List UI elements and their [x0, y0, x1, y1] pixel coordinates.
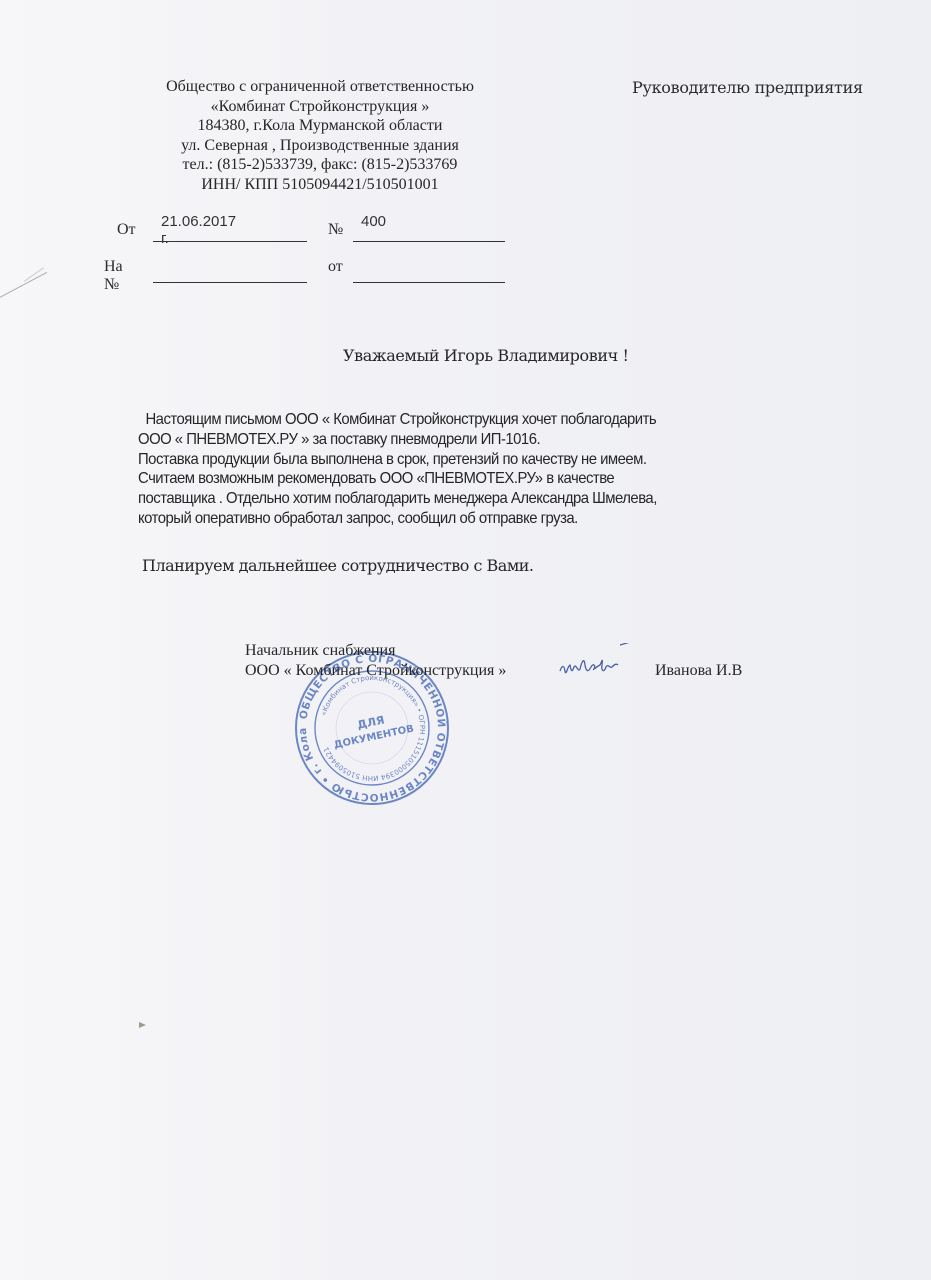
scan-speck	[139, 1022, 146, 1028]
letterhead-address-street: ул. Северная , Производственные здания	[120, 136, 520, 156]
reply-to-number-label: На №	[104, 258, 123, 294]
number-label: №	[328, 221, 343, 239]
body-line: ООО « ПНЕВМОТЕХ.РУ » за поставку пневмод…	[138, 430, 770, 450]
letterhead: Общество с ограниченной ответственностью…	[120, 77, 520, 194]
closing-line: Планируем дальнейшее сотрудничество с Ва…	[142, 556, 534, 575]
signer-position: Начальник снабжения	[245, 641, 506, 661]
letter-body: Настоящим письмом ООО « Комбинат Стройко…	[138, 410, 770, 529]
number-value: 400	[361, 213, 386, 230]
letterhead-company-name: «Комбинат Стройконструкция »	[120, 97, 520, 117]
body-line: Настоящим письмом ООО « Комбинат Стройко…	[138, 410, 770, 430]
body-line: Поставка продукции была выполнена в срок…	[138, 450, 770, 470]
letterhead-phone-fax: тел.: (815-2)533739, факс: (815-2)533769	[120, 155, 520, 175]
signer-organization: ООО « Комбинат Стройконструкция »	[245, 661, 506, 681]
letterhead-tax-ids: ИНН/ КПП 5105094421/510501001	[120, 175, 520, 195]
signer-name: Иванова И.В	[655, 662, 742, 680]
greeting: Уважаемый Игорь Владимирович !	[343, 346, 629, 365]
from-date-underline	[153, 241, 307, 242]
body-line: который оперативно обработал запрос, соо…	[138, 509, 770, 529]
addressee: Руководителю предприятия	[632, 78, 863, 97]
handwritten-signature-icon	[558, 643, 648, 683]
reply-date-label: от	[328, 258, 343, 276]
stamp-center-line1: ДЛЯ	[356, 713, 386, 731]
body-line: Считаем возможным рекомендовать ООО «ПНЕ…	[138, 469, 770, 489]
reply-to-number-underline	[153, 282, 307, 283]
from-date-label: От	[117, 221, 136, 239]
reply-date-underline	[353, 282, 505, 283]
signature-block: Начальник снабжения ООО « Комбинат Строй…	[245, 641, 506, 681]
number-underline	[353, 241, 505, 242]
letterhead-company-type: Общество с ограниченной ответственностью	[120, 77, 520, 97]
body-line: поставщика . Отдельно хотим поблагодарит…	[138, 489, 770, 509]
letterhead-address-city: 184380, г.Кола Мурманской области	[120, 116, 520, 136]
